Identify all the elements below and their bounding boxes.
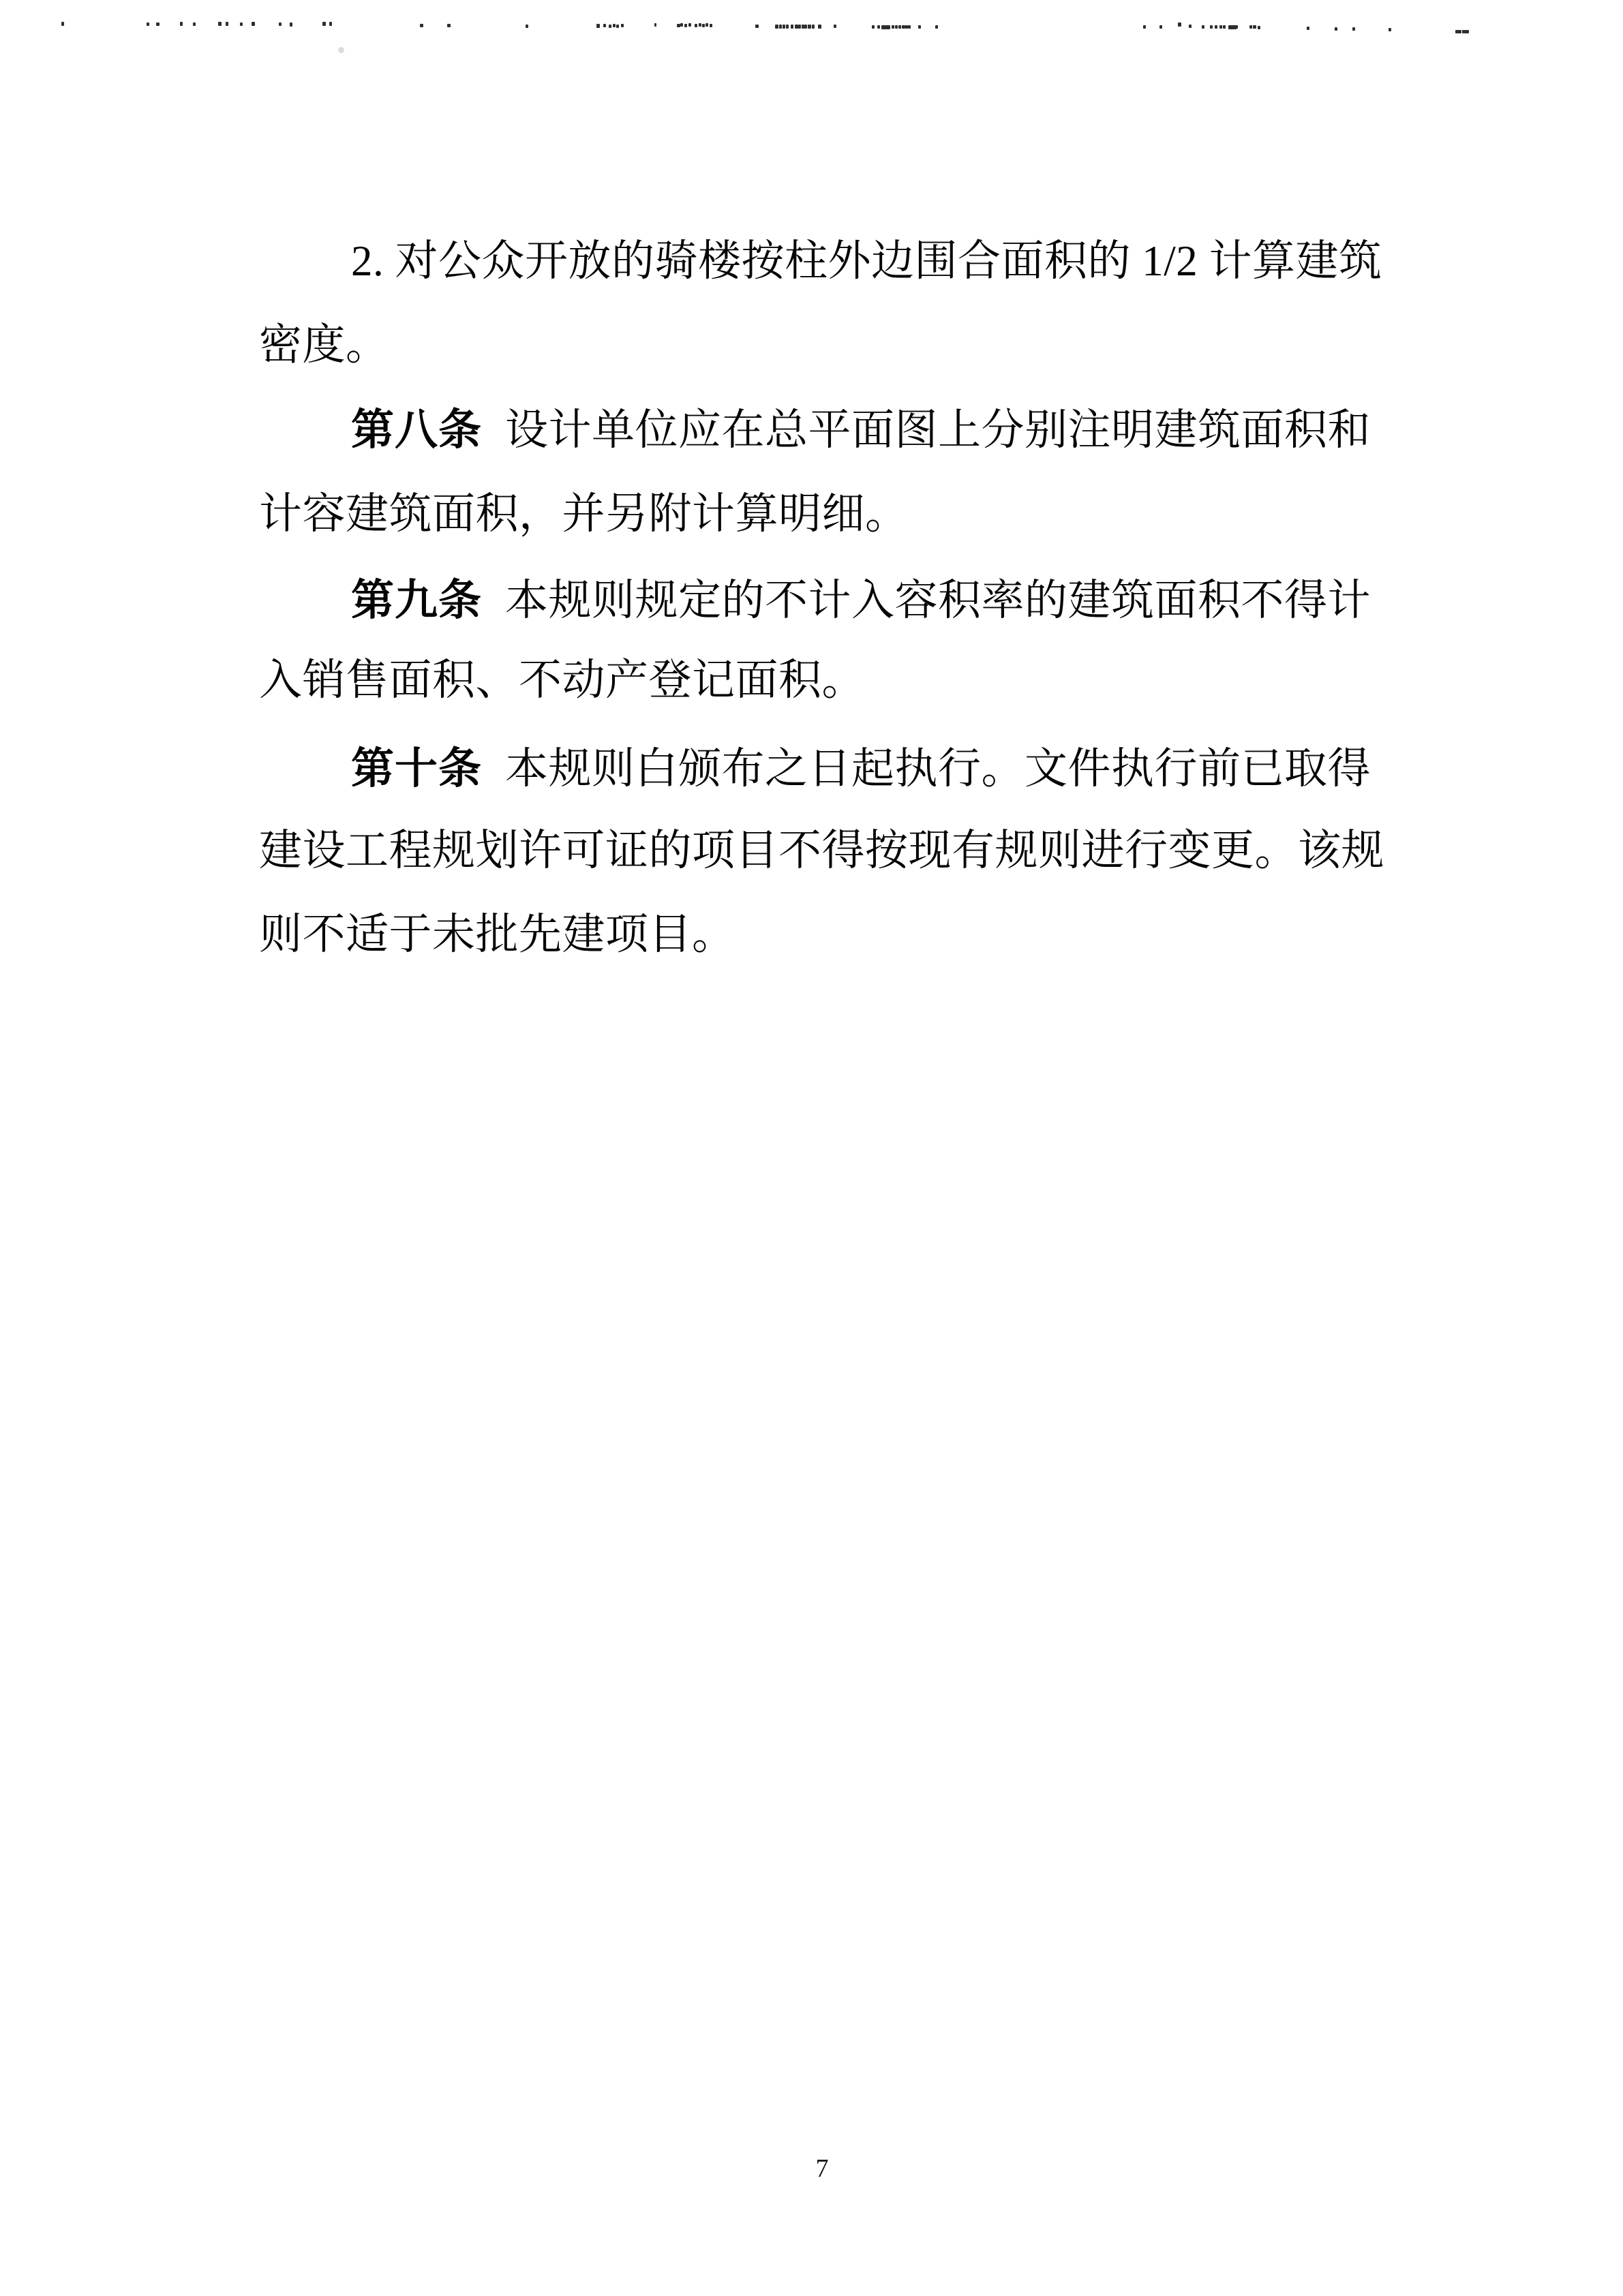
scan-smudge	[338, 47, 344, 53]
page-number: 7	[808, 2154, 836, 2184]
noise-mark	[892, 25, 894, 29]
noise-mark	[877, 25, 880, 29]
noise-mark	[1455, 30, 1461, 33]
paragraph-line: 第九条本规则规定的不计入容积率的建筑面积不得计	[351, 575, 1371, 626]
noise-mark	[1249, 25, 1252, 29]
noise-mark	[680, 23, 683, 27]
noise-mark	[1389, 28, 1391, 31]
noise-mark	[147, 22, 149, 26]
line-text: 2. 对公众开放的骑楼按柱外边围合面积的 1/2 计算建筑	[351, 237, 1382, 285]
noise-mark	[1178, 22, 1181, 27]
noise-mark	[609, 25, 611, 28]
clause-term-article-10: 第十条	[351, 745, 482, 793]
clause-term-article-9: 第九条	[351, 577, 482, 624]
noise-mark	[834, 25, 836, 28]
noise-mark	[798, 25, 801, 29]
noise-mark	[654, 23, 656, 27]
noise-mark	[706, 23, 708, 27]
line-text: 建设工程规划许可证的项目不得按现有规则进行变更。该规	[259, 827, 1384, 874]
line-text: 本规则规定的不计入容积率的建筑面积不得计	[505, 577, 1371, 624]
noise-mark	[1253, 25, 1256, 29]
noise-mark	[1235, 25, 1238, 29]
noise-mark	[895, 25, 898, 29]
noise-mark	[1352, 27, 1355, 31]
line-text: 密度。	[259, 321, 389, 369]
paragraph-line: 第十条本规则白颁布之日起执行。文件执行前已取得	[351, 744, 1371, 794]
noise-mark	[603, 24, 606, 27]
noise-mark	[1202, 25, 1204, 29]
noise-mark	[1215, 25, 1217, 29]
noise-mark	[616, 25, 619, 28]
line-text: 本规则白颁布之日起执行。文件执行前已取得	[505, 745, 1371, 793]
noise-mark	[1223, 25, 1226, 29]
line-text: 入销售面积、不动产登记面积。	[259, 656, 865, 704]
noise-mark	[1159, 25, 1162, 29]
scan-noise-band	[0, 0, 1623, 41]
noise-mark	[447, 24, 451, 27]
noise-mark	[755, 25, 759, 28]
paragraph-line: 建设工程规划许可证的项目不得按现有规则进行变更。该规	[259, 825, 1384, 876]
noise-mark	[783, 25, 785, 29]
noise-mark	[1462, 30, 1469, 33]
noise-mark	[329, 22, 332, 26]
noise-mark	[218, 22, 222, 26]
noise-mark	[226, 22, 228, 26]
noise-mark	[791, 25, 793, 29]
noise-mark	[193, 22, 196, 26]
noise-mark	[240, 22, 243, 26]
noise-mark	[702, 24, 705, 27]
noise-mark	[420, 24, 423, 27]
noise-mark	[613, 24, 616, 27]
paragraph-line: 2. 对公众开放的骑楼按柱外边围合面积的 1/2 计算建筑	[351, 236, 1382, 286]
noise-mark	[812, 25, 815, 29]
noise-mark	[710, 24, 712, 27]
noise-mark	[695, 24, 697, 27]
noise-mark	[898, 25, 901, 29]
noise-mark	[808, 25, 811, 29]
noise-mark	[1307, 27, 1309, 30]
noise-mark	[290, 22, 292, 27]
noise-mark	[1335, 27, 1337, 31]
noise-mark	[621, 24, 624, 27]
clause-term-article-8: 第八条	[351, 406, 482, 454]
noise-mark	[156, 22, 160, 26]
noise-mark	[252, 22, 255, 26]
noise-mark	[779, 25, 782, 29]
noise-mark	[935, 25, 938, 29]
noise-mark	[688, 23, 691, 27]
document-page: 2. 对公众开放的骑楼按柱外边围合面积的 1/2 计算建筑 密度。 第八条设计单…	[0, 0, 1623, 2296]
paragraph-line: 密度。	[259, 320, 389, 370]
noise-mark	[322, 22, 326, 26]
paragraph-line: 入销售面积、不动产登记面积。	[259, 655, 865, 705]
noise-mark	[775, 25, 778, 29]
noise-mark	[1258, 26, 1260, 29]
noise-mark	[180, 22, 183, 26]
noise-mark	[1189, 25, 1192, 28]
line-text: 设计单位应在总平面图上分别注明建筑面积和	[505, 406, 1371, 454]
noise-mark	[1143, 25, 1146, 29]
noise-mark	[818, 25, 821, 29]
paragraph-line: 则不适于未批先建项目。	[259, 909, 735, 960]
noise-mark	[1219, 25, 1222, 29]
noise-mark	[61, 22, 64, 26]
noise-mark	[918, 25, 921, 29]
noise-mark	[684, 24, 687, 27]
line-text: 计容建筑面积，并另附计算明细。	[259, 490, 909, 538]
noise-mark	[908, 25, 911, 29]
paragraph-line: 第八条设计单位应在总平面图上分别注明建筑面积和	[351, 405, 1371, 455]
noise-mark	[699, 23, 701, 27]
line-text: 则不适于未批先建项目。	[259, 910, 735, 958]
noise-mark	[1210, 25, 1213, 29]
noise-mark	[279, 22, 282, 26]
noise-mark	[881, 25, 890, 29]
noise-mark	[804, 25, 807, 29]
noise-mark	[786, 25, 789, 29]
noise-mark	[596, 24, 600, 28]
noise-mark	[526, 25, 528, 28]
paragraph-line: 计容建筑面积，并另附计算明细。	[259, 489, 909, 539]
noise-mark	[872, 25, 875, 29]
